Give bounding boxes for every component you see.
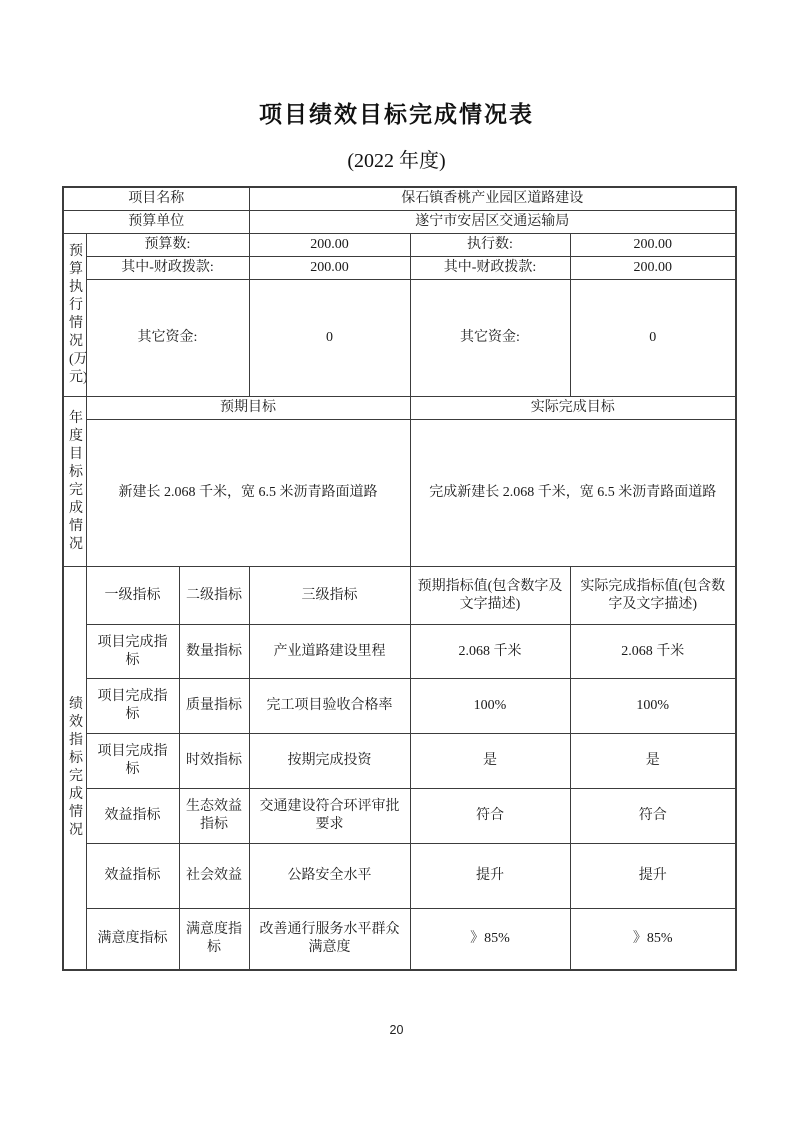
budget-row-2: 其中-财政拨款: 200.00 其中-财政拨款: 200.00 [63, 257, 736, 280]
indicator-cell: 满意度指标 [179, 909, 249, 970]
indicator-cell: 是 [410, 734, 570, 789]
project-name-value: 保石镇香桃产业园区道路建设 [249, 187, 736, 211]
indicator-cell: 提升 [410, 844, 570, 909]
indicator-cell: 效益指标 [86, 844, 179, 909]
indicator-cell: 符合 [570, 789, 736, 844]
budget-row-1: 预 算 执 行 情 况 (万 元) 预算数: 200.00 执行数: 200.0… [63, 234, 736, 257]
indicator-cell: 项目完成指标 [86, 625, 179, 679]
indicator-row-eco-benefit: 效益指标 生态效益指标 交通建设符合环评审批要求 符合 符合 [63, 789, 736, 844]
indicator-cell: 公路安全水平 [249, 844, 410, 909]
annual-goal-header-row: 年 度 目 标 完 成 情 况 预期目标 实际完成目标 [63, 397, 736, 420]
indicator-cell: 》85% [410, 909, 570, 970]
budget-unit-label: 预算单位 [63, 211, 249, 234]
indicator-row-social-benefit: 效益指标 社会效益 公路安全水平 提升 提升 [63, 844, 736, 909]
other-funds-value-left: 0 [249, 280, 410, 397]
indicator-row-satisfaction: 满意度指标 满意度指标 改善通行服务水平群众满意度 》85% 》85% [63, 909, 736, 970]
project-name-row: 项目名称 保石镇香桃产业园区道路建设 [63, 187, 736, 211]
annual-goal-value-row: 新建长 2.068 千米，宽 6.5 米沥青路面道路 完成新建长 2.068 千… [63, 420, 736, 567]
indicator-cell: 2.068 千米 [410, 625, 570, 679]
page-title: 项目绩效目标完成情况表 [0, 0, 793, 129]
indicator-header-expected: 预期指标值(包含数字及文字描述) [410, 567, 570, 625]
indicator-cell: 时效指标 [179, 734, 249, 789]
indicator-cell: 改善通行服务水平群众满意度 [249, 909, 410, 970]
indicator-header-row: 绩 效 指 标 完 成 情 况 一级指标 二级指标 三级指标 预期指标值(包含数… [63, 567, 736, 625]
indicator-header-level2: 二级指标 [179, 567, 249, 625]
execution-amount-value: 200.00 [570, 234, 736, 257]
indicator-cell: 项目完成指标 [86, 679, 179, 734]
fiscal-allocation-label-right: 其中-财政拨款: [410, 257, 570, 280]
indicator-cell: 完工项目验收合格率 [249, 679, 410, 734]
indicator-cell: 质量指标 [179, 679, 249, 734]
page-number: 20 [0, 1023, 793, 1037]
document-page: 项目绩效目标完成情况表 (2022 年度) 项目名称 保石镇香桃产业园区道路建设… [0, 0, 793, 1122]
indicator-cell: 项目完成指标 [86, 734, 179, 789]
indicator-header-level1: 一级指标 [86, 567, 179, 625]
indicator-row-quantity: 项目完成指标 数量指标 产业道路建设里程 2.068 千米 2.068 千米 [63, 625, 736, 679]
fiscal-allocation-value-left: 200.00 [249, 257, 410, 280]
annual-section-side-label: 年 度 目 标 完 成 情 况 [63, 397, 86, 567]
fiscal-allocation-label-left: 其中-财政拨款: [86, 257, 249, 280]
expected-goal-value: 新建长 2.068 千米，宽 6.5 米沥青路面道路 [86, 420, 410, 567]
expected-goal-header: 预期目标 [86, 397, 410, 420]
indicator-cell: 提升 [570, 844, 736, 909]
indicator-header-actual: 实际完成指标值(包含数字及文字描述) [570, 567, 736, 625]
project-name-label: 项目名称 [63, 187, 249, 211]
budget-amount-value: 200.00 [249, 234, 410, 257]
page-subtitle: (2022 年度) [0, 144, 793, 173]
indicator-cell: 满意度指标 [86, 909, 179, 970]
other-funds-value-right: 0 [570, 280, 736, 397]
indicator-cell: 100% [570, 679, 736, 734]
indicator-cell: 交通建设符合环评审批要求 [249, 789, 410, 844]
indicator-cell: 》85% [570, 909, 736, 970]
indicator-row-quality: 项目完成指标 质量指标 完工项目验收合格率 100% 100% [63, 679, 736, 734]
indicator-cell: 2.068 千米 [570, 625, 736, 679]
indicator-cell: 按期完成投资 [249, 734, 410, 789]
indicator-cell: 生态效益指标 [179, 789, 249, 844]
budget-amount-label: 预算数: [86, 234, 249, 257]
indicator-cell: 数量指标 [179, 625, 249, 679]
budget-section-side-label: 预 算 执 行 情 况 (万 元) [63, 234, 86, 397]
indicator-cell: 是 [570, 734, 736, 789]
indicator-cell: 符合 [410, 789, 570, 844]
fiscal-allocation-value-right: 200.00 [570, 257, 736, 280]
budget-unit-row: 预算单位 遂宁市安居区交通运输局 [63, 211, 736, 234]
indicator-header-level3: 三级指标 [249, 567, 410, 625]
other-funds-label-right: 其它资金: [410, 280, 570, 397]
indicator-cell: 产业道路建设里程 [249, 625, 410, 679]
indicator-cell: 效益指标 [86, 789, 179, 844]
indicator-cell: 社会效益 [179, 844, 249, 909]
budget-row-3: 其它资金: 0 其它资金: 0 [63, 280, 736, 397]
budget-unit-value: 遂宁市安居区交通运输局 [249, 211, 736, 234]
actual-goal-value: 完成新建长 2.068 千米，宽 6.5 米沥青路面道路 [410, 420, 736, 567]
indicator-section-side-label: 绩 效 指 标 完 成 情 况 [63, 567, 86, 970]
actual-goal-header: 实际完成目标 [410, 397, 736, 420]
execution-amount-label: 执行数: [410, 234, 570, 257]
indicator-row-timeliness: 项目完成指标 时效指标 按期完成投资 是 是 [63, 734, 736, 789]
other-funds-label-left: 其它资金: [86, 280, 249, 397]
indicator-cell: 100% [410, 679, 570, 734]
performance-table: 项目名称 保石镇香桃产业园区道路建设 预算单位 遂宁市安居区交通运输局 预 算 … [62, 186, 737, 971]
